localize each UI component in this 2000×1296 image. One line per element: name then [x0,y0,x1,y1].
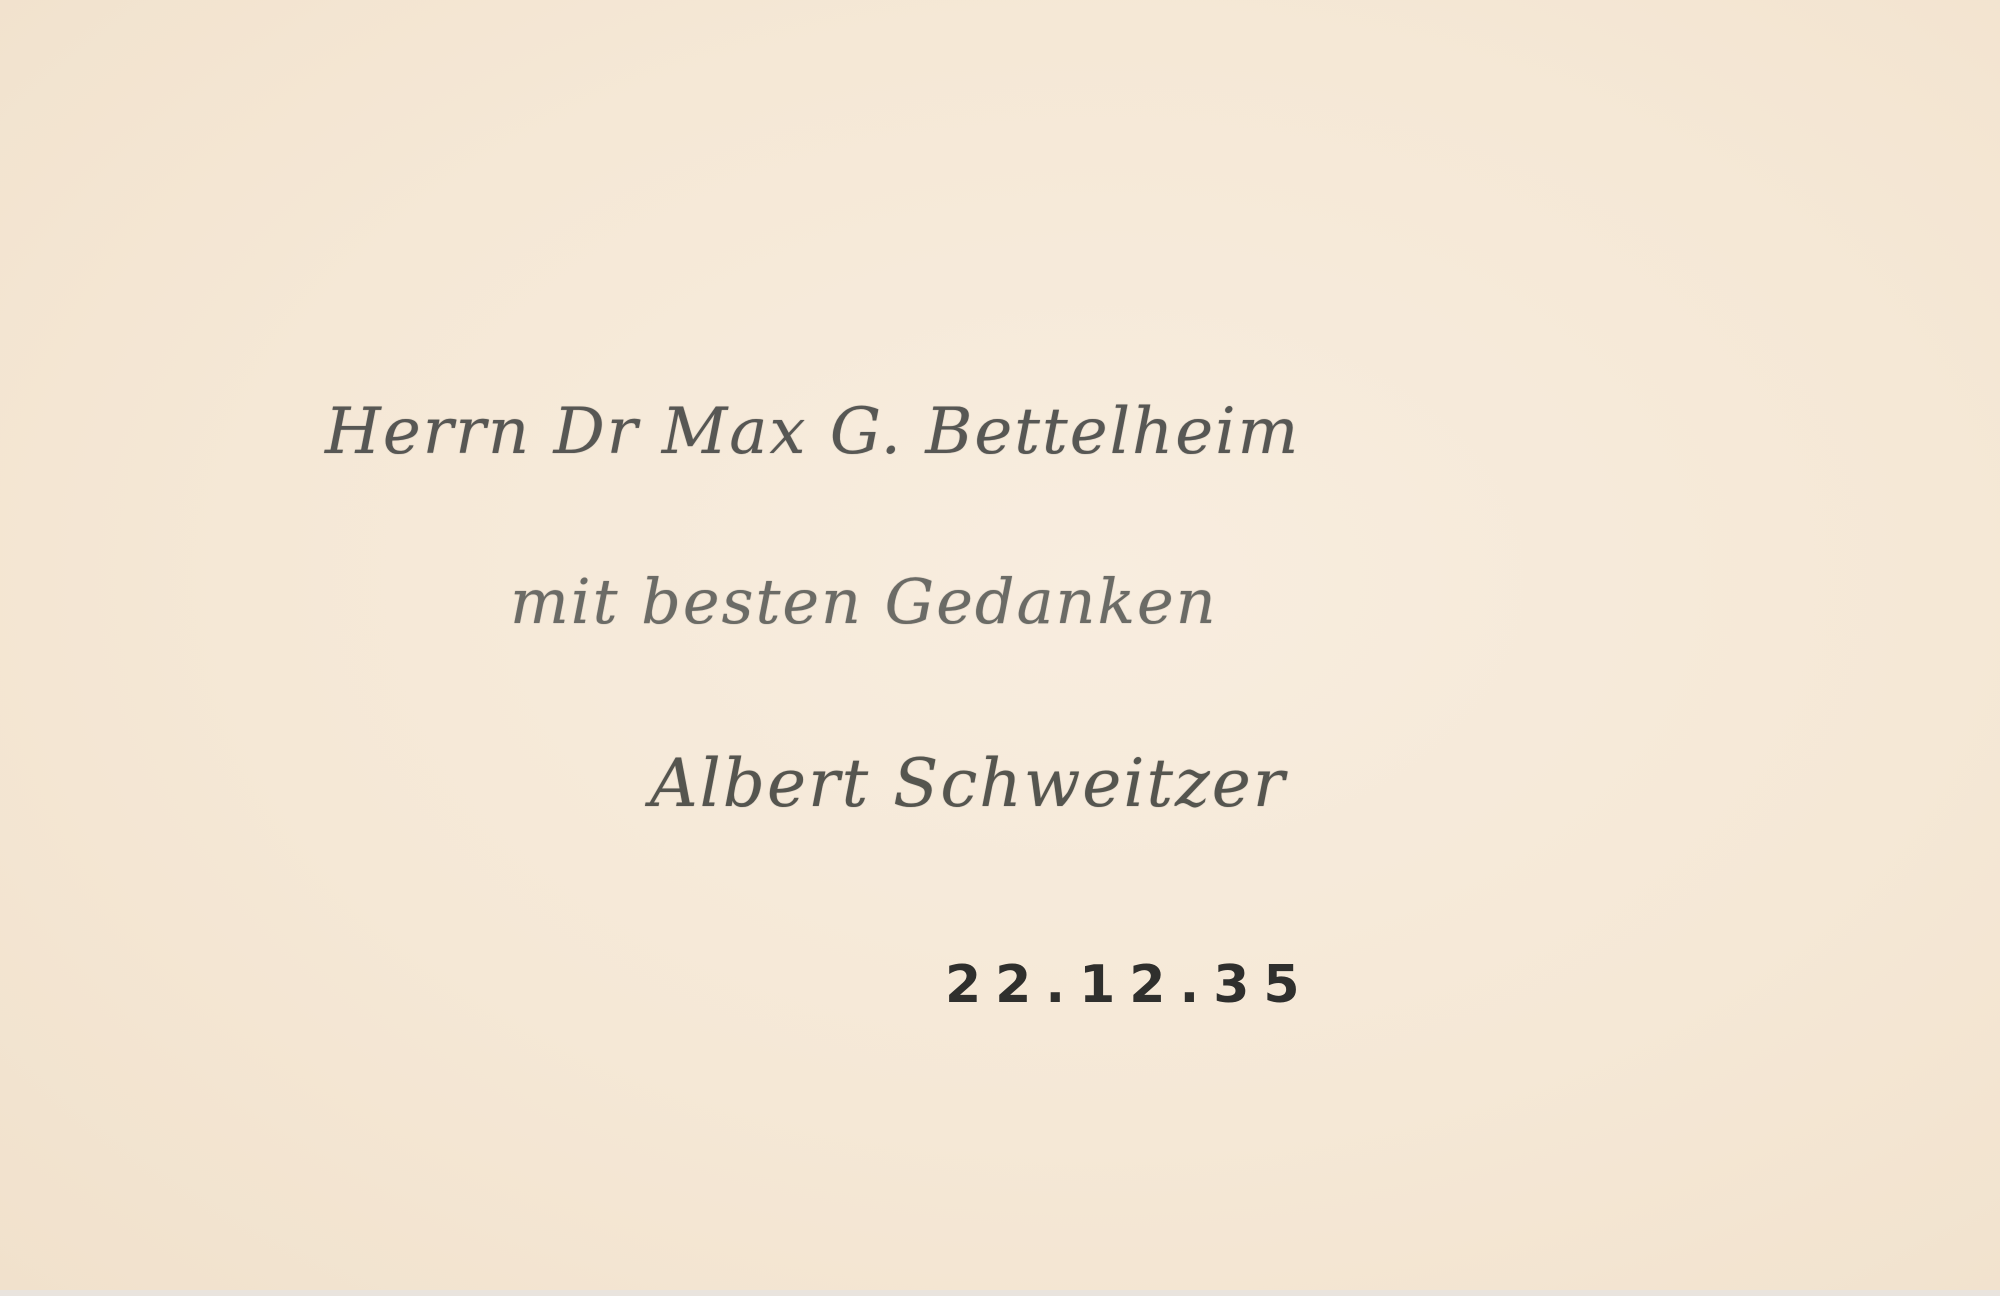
greeting-line: mit besten Gedanken [510,565,1218,638]
dedication-line: Herrn Dr Max G. Bettelheim [325,395,1300,469]
date-line: 22.12.35 [945,955,1314,1015]
signature: Albert Schweitzer [650,745,1286,822]
inscription-card: Herrn Dr Max G. Bettelheim mit besten Ge… [0,0,2000,1290]
card-bottom-edge [0,1290,2000,1296]
